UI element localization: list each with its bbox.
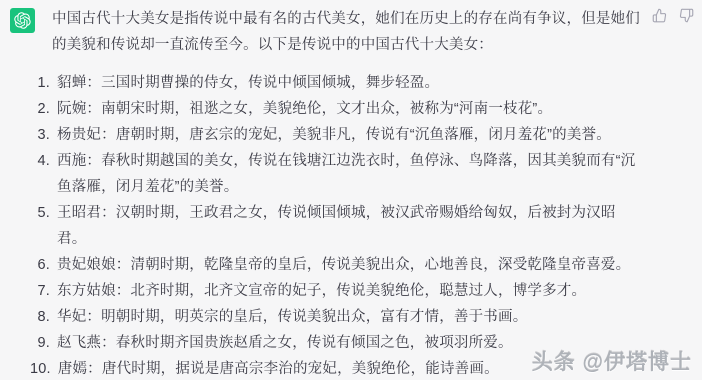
list-item: 6.贵妃娘娘：清朝时期，乾隆皇帝的皇后，传说美貌出众，心地善良，深受乾隆皇帝喜爱… [30, 252, 644, 278]
list-item-number: 5. [30, 200, 50, 226]
list-item-number: 6. [30, 252, 50, 278]
list-item-number: 4. [30, 148, 50, 174]
watermark: 头条 @伊塔博士 [532, 346, 692, 376]
list-item-text: 华妃：明朝时期，明英宗的皇后，传说美貌出众，富有才情，善于书画。 [57, 304, 637, 330]
list-item-number: 10. [30, 356, 51, 380]
message-feedback [652, 8, 694, 23]
list-item-text: 西施：春秋时期越国的美女，传说在钱塘江边洗衣时，鱼停泳、鸟降落，因其美貌而有“沉… [57, 148, 637, 200]
thumbs-up-button[interactable] [652, 8, 667, 23]
chatgpt-logo-icon [14, 12, 31, 29]
list-item-number: 7. [30, 278, 50, 304]
assistant-message: 中国古代十大美女是指传说中最有名的古代美女，她们在历史上的存在尚有争议，但是她们… [0, 0, 702, 380]
list-item-number: 2. [30, 96, 50, 122]
list-item-text: 阮婉：南朝宋时期，祖逖之女，美貌绝伦，文才出众，被称为“河南一枝花”。 [57, 96, 637, 122]
list-item: 1.貂蝉：三国时期曹操的侍女，传说中倾国倾城，舞步轻盈。 [30, 70, 644, 96]
message-content: 中国古代十大美女是指传说中最有名的古代美女，她们在历史上的存在尚有争议，但是她们… [30, 6, 644, 380]
list-item-text: 贵妃娘娘：清朝时期，乾隆皇帝的皇后，传说美貌出众，心地善良，深受乾隆皇帝喜爱。 [57, 252, 637, 278]
list-item-number: 9. [30, 330, 50, 356]
list-item-text: 貂蝉：三国时期曹操的侍女，传说中倾国倾城，舞步轻盈。 [57, 70, 637, 96]
list-item-number: 3. [30, 122, 50, 148]
list-item: 7.东方姑娘：北齐时期，北齐文宣帝的妃子，传说美貌绝伦，聪慧过人，博学多才。 [30, 278, 644, 304]
list-item-text: 杨贵妃：唐朝时期，唐玄宗的宠妃，美貌非凡，传说有“沉鱼落雁，闭月羞花”的美誉。 [57, 122, 637, 148]
thumbs-up-icon [652, 8, 667, 23]
list-item-number: 1. [30, 70, 50, 96]
list-item-number: 8. [30, 304, 50, 330]
list-item-text: 东方姑娘：北齐时期，北齐文宣帝的妃子，传说美貌绝伦，聪慧过人，博学多才。 [57, 278, 637, 304]
list-item: 2.阮婉：南朝宋时期，祖逖之女，美貌绝伦，文才出众，被称为“河南一枝花”。 [30, 96, 644, 122]
list-item: 3.杨贵妃：唐朝时期，唐玄宗的宠妃，美貌非凡，传说有“沉鱼落雁，闭月羞花”的美誉… [30, 122, 644, 148]
message-intro: 中国古代十大美女是指传说中最有名的古代美女，她们在历史上的存在尚有争议，但是她们… [30, 6, 644, 58]
list-item: 8.华妃：明朝时期，明英宗的皇后，传说美貌出众，富有才情，善于书画。 [30, 304, 644, 330]
list-item: 5.王昭君：汉朝时期，王政君之女，传说倾国倾城，被汉武帝赐婚给匈奴，后被封为汉昭… [30, 200, 644, 252]
list-item-text: 王昭君：汉朝时期，王政君之女，传说倾国倾城，被汉武帝赐婚给匈奴，后被封为汉昭君。 [57, 200, 637, 252]
thumbs-down-button[interactable] [679, 8, 694, 23]
beauties-list: 1.貂蝉：三国时期曹操的侍女，传说中倾国倾城，舞步轻盈。 2.阮婉：南朝宋时期，… [30, 70, 644, 380]
list-item: 4.西施：春秋时期越国的美女，传说在钱塘江边洗衣时，鱼停泳、鸟降落，因其美貌而有… [30, 148, 644, 200]
thumbs-down-icon [679, 8, 694, 23]
